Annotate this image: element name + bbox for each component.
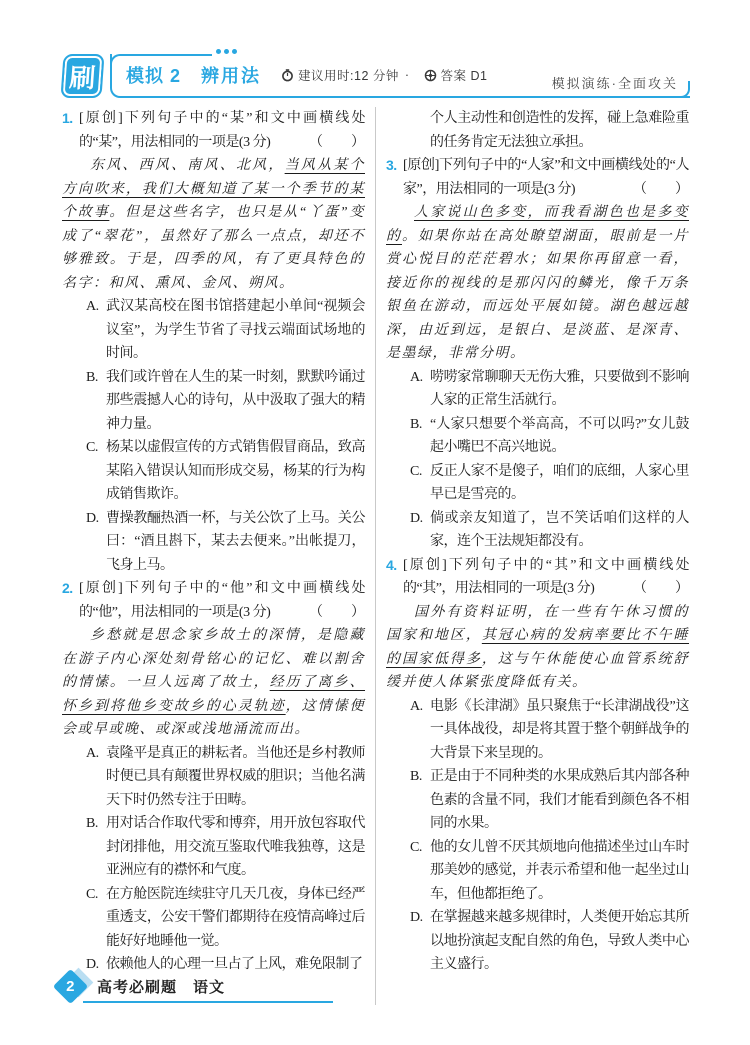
option-A: A.唠唠家常聊聊天无伤大雅，只要做到不影响人家的正常生活就行。 <box>386 366 689 413</box>
option-label: A. <box>410 695 423 719</box>
question-stem: [原创]下列句子中的“某”和文中画横线处的“某”，用法相同的一项是(3 分) （… <box>62 107 365 154</box>
answer-icon <box>424 69 437 82</box>
footer-text: 高考必刷题语文 <box>97 976 225 997</box>
question-3: 3. [原创]下列句子中的“人家”和文中画横线处的“人家”，用法相同的一项是(3… <box>386 154 689 554</box>
answer-bracket: （ ） <box>633 577 689 601</box>
option-label: A. <box>86 742 99 766</box>
question-tag: [原创] <box>79 581 122 596</box>
footer-underline <box>83 1001 333 1003</box>
answer-bracket: （ ） <box>633 178 689 202</box>
question-stem: [原创]下列句子中的“他”和文中画横线处的“他”，用法相同的一项是(3 分) （… <box>62 577 365 624</box>
column-divider <box>375 107 376 1005</box>
option-text: 反正人家不是傻子，咱们的底细，人家心里早已是雪亮的。 <box>430 464 689 503</box>
answer-text: 答案 D1 <box>441 66 488 84</box>
page-header: 刷 模拟 2 辨用法 建议用时:12 分钟 · 答案 D1 模拟演练·全面攻关 <box>62 54 690 100</box>
option-text: 我们或许曾在人生的某一时刻，默默吟诵过那些震撼人心的诗句，从中汲取了强大的精神力… <box>106 370 365 432</box>
option-B: B.“人家只想要个举高高，不可以吗?”女儿鼓起小嘴巴不高兴地说。 <box>386 413 689 460</box>
option-text: 杨某以虚假宣传的方式销售假冒商品，致高某陷入错误认知而形成交易，杨某的行为构成销… <box>106 440 365 502</box>
exercise-badge: 模拟 2 <box>126 62 181 88</box>
question-passage: 东风、西风、南风、北风，当风从某个方向吹来，我们大概知道了某一个季节的某个故事。… <box>62 154 365 295</box>
option-label: D. <box>410 507 423 531</box>
option-text: 在方舱医院连续驻守几天几夜，身体已经严重透支，公安干警们都期待在疫情高峰过后能好… <box>106 887 365 949</box>
option-C: C.在方舱医院连续驻守几天几夜，身体已经严重透支，公安干警们都期待在疫情高峰过后… <box>62 883 365 954</box>
page-number: 2 <box>66 978 74 995</box>
option-text: 他的女儿曾不厌其烦地向他描述坐过山车时那美妙的感觉，并表示希望和他一起坐过山车，… <box>430 840 689 902</box>
question-passage: 乡愁就是思念家乡故土的深情，是隐藏在游子内心深处刻骨铭心的记忆、难以割舍的情愫。… <box>62 624 365 742</box>
option-B: B.用对话合作取代零和博弈，用开放包容取代封闭排他，用交流互鉴取代唯我独尊，这是… <box>62 812 365 883</box>
footer-subject: 语文 <box>193 979 225 996</box>
option-text: 曹操教酾热酒一杯，与关公饮了上马。关公曰：“酒且斟下，某去去便来。”出帐提刀，飞… <box>106 511 365 573</box>
option-A: A.袁隆平是真正的耕耘者。当他还是乡村教师时便已具有颠覆世界权威的胆识；当他名满… <box>62 742 365 813</box>
option-A: A.武汉某高校在图书馆搭建起小单间“视频会议室”，为学生节省了寻找云端面试场地的… <box>62 295 365 366</box>
brush-logo: 刷 <box>60 54 104 98</box>
question-4: 4. [原创]下列句子中的“其”和文中画横线处的“其”，用法相同的一项是(3 分… <box>386 554 689 977</box>
dot-separator: · <box>405 68 410 82</box>
footer-book-title: 高考必刷题 <box>97 979 177 996</box>
option-label: D. <box>410 906 423 930</box>
options-list: A.武汉某高校在图书馆搭建起小单间“视频会议室”，为学生节省了寻找云端面试场地的… <box>62 295 365 577</box>
question-2: 2. [原创]下列句子中的“他”和文中画横线处的“他”，用法相同的一项是(3 分… <box>62 577 365 977</box>
dots-icon <box>216 49 221 54</box>
option-label: A. <box>86 295 99 319</box>
question-tag: [原创] <box>403 558 446 573</box>
question-stem: [原创]下列句子中的“其”和文中画横线处的“其”，用法相同的一项是(3 分) （… <box>386 554 689 601</box>
option-text: “人家只想要个举高高，不可以吗?”女儿鼓起小嘴巴不高兴地说。 <box>430 417 689 456</box>
option-C: C.杨某以虚假宣传的方式销售假冒商品，致高某陷入错误认知而形成交易，杨某的行为构… <box>62 436 365 507</box>
options-list: A.电影《长津湖》虽只聚焦于“长津湖战役”这一具体战役，却是将其置于整个朝鲜战争… <box>386 695 689 977</box>
header-frame: 模拟 2 辨用法 建议用时:12 分钟 · 答案 D1 模拟演练·全面攻关 <box>110 54 690 98</box>
workbook-page: 刷 模拟 2 辨用法 建议用时:12 分钟 · 答案 D1 模拟演练·全面攻关 <box>0 0 750 1045</box>
logo-text: 刷 <box>68 58 97 95</box>
option-label: B. <box>86 366 98 390</box>
question-passage: 国外有资料证明，在一些有午休习惯的国家和地区，其冠心病的发病率要比不午睡的国家低… <box>386 601 689 695</box>
option-D: D.倘或亲友知道了，岂不笑话咱们这样的人家，连个王法规矩都没有。 <box>386 507 689 554</box>
option-label: C. <box>86 883 98 907</box>
option-label: C. <box>410 460 422 484</box>
question-tag: [原创] <box>79 111 122 126</box>
option-C: C.反正人家不是傻子，咱们的底细，人家心里早已是雪亮的。 <box>386 460 689 507</box>
passage-text: 东风、西风、南风、北风， <box>90 158 285 173</box>
options-list: A.唠唠家常聊聊天无伤大雅，只要做到不影响人家的正常生活就行。B.“人家只想要个… <box>386 366 689 554</box>
option-label: B. <box>86 812 98 836</box>
option-label: C. <box>410 836 422 860</box>
option-label: A. <box>410 366 423 390</box>
option-text: 电影《长津湖》虽只聚焦于“长津湖战役”这一具体战役，却是将其置于整个朝鲜战争的大… <box>430 699 689 761</box>
option-label: C. <box>86 436 98 460</box>
time-text: 建议用时:12 分钟 <box>298 66 399 84</box>
timer-icon <box>281 69 294 82</box>
page-footer: 2 高考必刷题语文 <box>55 970 355 1006</box>
question-stem: [原创]下列句子中的“人家”和文中画横线处的“人家”，用法相同的一项是(3 分)… <box>386 154 689 201</box>
question-1: 1. [原创]下列句子中的“某”和文中画横线处的“某”，用法相同的一项是(3 分… <box>62 107 365 577</box>
option-text: 武汉某高校在图书馆搭建起小单间“视频会议室”，为学生节省了寻找云端面试场地的时间… <box>106 299 365 361</box>
question-tag: [原创] <box>403 158 439 173</box>
question-passage: 人家说山色多变，而我看湖色也是多变的。如果你站在高处瞭望湖面，眼前是一片赏心悦目… <box>386 201 689 366</box>
continuation-paragraph: 个人主动性和创造性的发挥，碰上急难险重的任务肯定无法独立承担。 <box>386 107 689 154</box>
option-C: C.他的女儿曾不厌其烦地向他描述坐过山车时那美妙的感觉，并表示希望和他一起坐过山… <box>386 836 689 907</box>
option-A: A.电影《长津湖》虽只聚焦于“长津湖战役”这一具体战役，却是将其置于整个朝鲜战争… <box>386 695 689 766</box>
option-text: 倘或亲友知道了，岂不笑话咱们这样的人家，连个王法规矩都没有。 <box>430 511 689 550</box>
option-text: 正是由于不同种类的水果成熟后其内部各种色素的含量不同，我们才能看到颜色各不相同的… <box>430 769 689 831</box>
option-label: B. <box>410 765 422 789</box>
option-D: D.曹操教酾热酒一杯，与关公饮了上马。关公曰：“酒且斟下，某去去便来。”出帐提刀… <box>62 507 365 578</box>
page-body: 1. [原创]下列句子中的“某”和文中画横线处的“某”，用法相同的一项是(3 分… <box>62 107 690 1005</box>
left-column: 1. [原创]下列句子中的“某”和文中画横线处的“某”，用法相同的一项是(3 分… <box>62 107 365 1005</box>
option-text: 袁隆平是真正的耕耘者。当他还是乡村教师时便已具有颠覆世界权威的胆识；当他名满天下… <box>106 746 365 808</box>
right-column: 个人主动性和创造性的发挥，碰上急难险重的任务肯定无法独立承担。 3. [原创]下… <box>386 107 689 1005</box>
option-D: D.在掌握越来越多规律时，人类便开始忘其所以地扮演起支配自然的角色，导致人类中心… <box>386 906 689 977</box>
section-title: 辨用法 <box>201 62 261 88</box>
option-label: B. <box>410 413 422 437</box>
option-text: 唠唠家常聊聊天无伤大雅，只要做到不影响人家的正常生活就行。 <box>430 370 689 409</box>
option-B: B.正是由于不同种类的水果成熟后其内部各种色素的含量不同，我们才能看到颜色各不相… <box>386 765 689 836</box>
option-text: 用对话合作取代零和博弈，用开放包容取代封闭排他，用交流互鉴取代唯我独尊，这是亚洲… <box>106 816 365 878</box>
slogan: 模拟演练·全面攻关 <box>552 73 678 92</box>
header-meta: 建议用时:12 分钟 · 答案 D1 <box>273 66 487 84</box>
option-text: 在掌握越来越多规律时，人类便开始忘其所以地扮演起支配自然的角色，导致人类中心主义… <box>430 910 689 972</box>
answer-bracket: （ ） <box>309 131 365 155</box>
options-list: A.袁隆平是真正的耕耘者。当他还是乡村教师时便已具有颠覆世界权威的胆识；当他名满… <box>62 742 365 977</box>
passage-text: 。如果你站在高处瞭望湖面，眼前是一片赏心悦目的茫茫碧水；如果你再留意一看，接近你… <box>386 229 689 362</box>
option-B: B.我们或许曾在人生的某一时刻，默默吟诵过那些震撼人心的诗句，从中汲取了强大的精… <box>62 366 365 437</box>
answer-bracket: （ ） <box>309 601 365 625</box>
option-label: D. <box>86 507 99 531</box>
